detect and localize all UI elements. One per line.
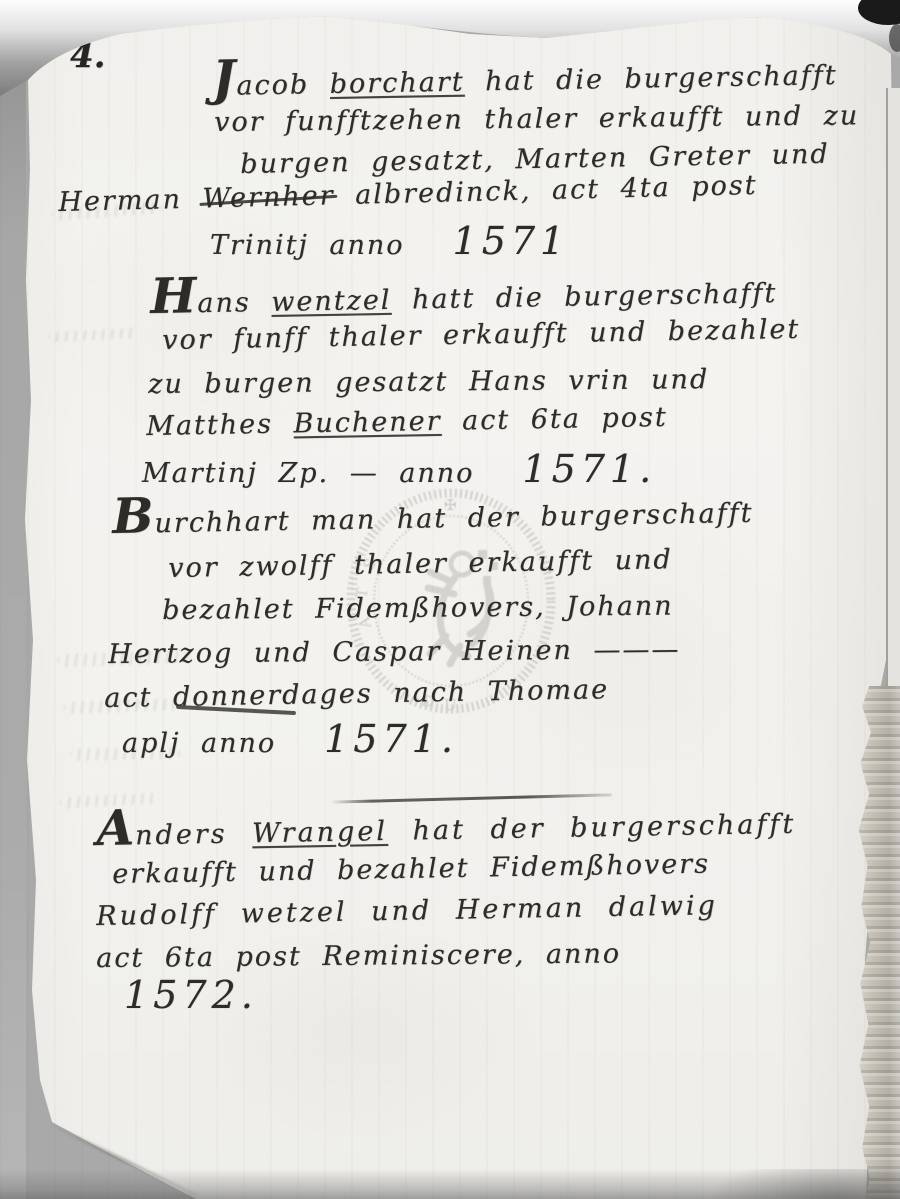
entry-1-line-2: vor funfftzehen thaler erkaufft und zu — [214, 99, 859, 140]
entry-3-line-3: bezahlet Fidemßhovers, Johann — [162, 590, 674, 628]
scan-bottom-shadow — [0, 1169, 900, 1199]
entry-1-year: 1571 — [453, 219, 570, 263]
entry-3-date-line: aplj anno1571. — [122, 722, 458, 761]
entry-2-underlined-surname: wentzel — [271, 285, 392, 318]
entry-2-name-post: hatt die burgerschafft — [391, 278, 777, 316]
entry-2-line-3: zu burgen gesatzt Hans vrin und — [148, 363, 709, 402]
entry-4-name-pre: Anders — [96, 818, 252, 852]
entry-1-date-line: Trinitj anno1571 — [210, 224, 569, 263]
entry-1-amend-pre: Herman — [58, 183, 203, 218]
entry-1-struck-word: Wernher — [202, 180, 335, 214]
adjacent-page-edge — [886, 88, 900, 692]
entry-4-line-4: act 6ta post Reminiscere, anno — [96, 937, 621, 976]
scanner-background-strip — [0, 0, 26, 1199]
entry-4-name-post: hat der burgerschafft — [388, 809, 797, 847]
entry-1-date-text: Trinitj anno — [210, 230, 405, 261]
entry-2-date-line: Martinj Zp. — anno1571. — [142, 452, 656, 491]
scan-top-edge — [0, 0, 900, 100]
entry-2-underlined-name: Buchener — [293, 406, 442, 440]
entry-3-line-4: Hertzog und Caspar Heinen ——— — [108, 633, 681, 672]
top-edge-shadow-band — [0, 0, 900, 96]
manuscript-scan: ✠ S T A D U — [0, 0, 900, 1199]
entry-3-year: 1571. — [324, 717, 458, 761]
entry-2-date-text: Martinj Zp. — anno — [142, 458, 474, 489]
entry-2-name-pre: Hans — [150, 287, 271, 320]
entry-4-underlined-surname: Wrangel — [252, 816, 388, 849]
entry-4-year-line: 1572. — [124, 978, 258, 1012]
entry-2-line-4-post: act 6ta post — [441, 402, 668, 437]
entry-2-year: 1571. — [522, 447, 656, 491]
entry-3-date-text: aplj anno — [122, 728, 276, 759]
entry-2-line-4-pre: Matthes — [146, 408, 294, 442]
